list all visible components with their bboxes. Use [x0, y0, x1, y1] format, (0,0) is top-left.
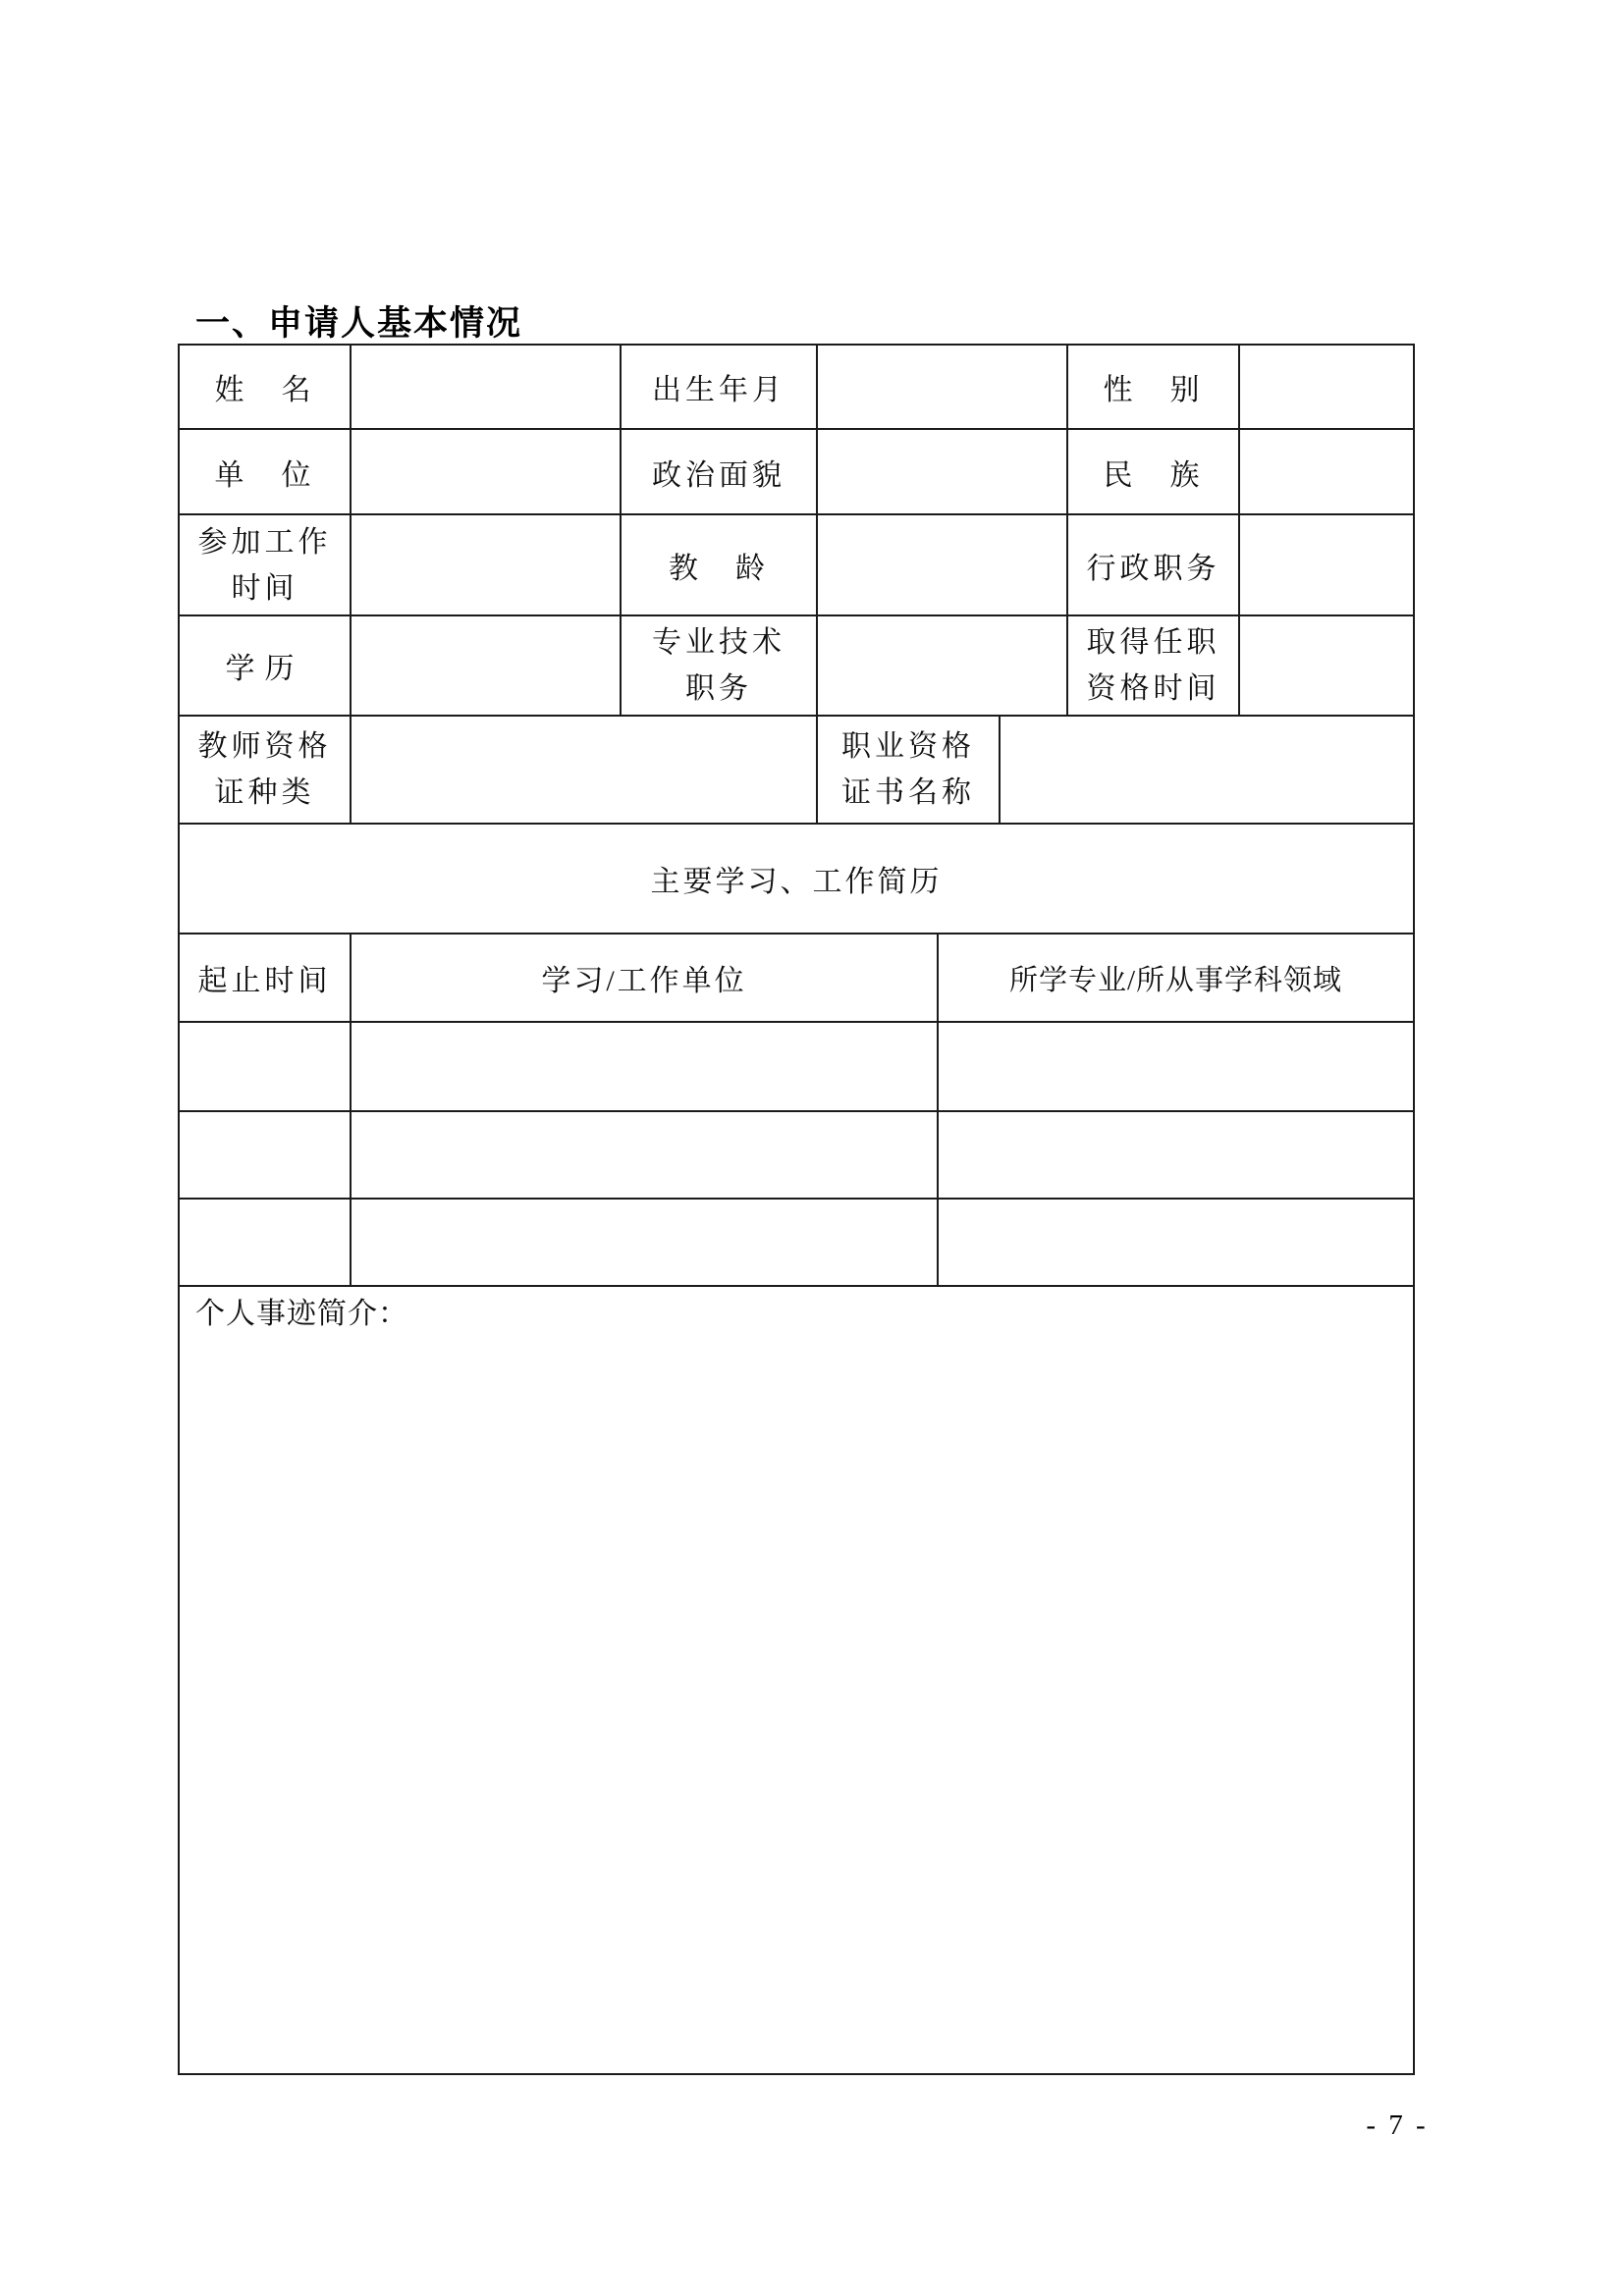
name-value-cell: [352, 346, 622, 430]
applicant-info-table: 姓 名 出生年月 性 别 单 位 政治面貌 民 族 参加工作 时间 教 龄 行政…: [178, 344, 1415, 2075]
history-row-2-major-cell: [939, 1112, 1413, 1200]
ethnicity-label-cell: 民 族: [1068, 430, 1240, 515]
qual-time-label-cell: 取得任职 资格时间: [1068, 616, 1240, 717]
unit-label-cell: 单 位: [180, 430, 352, 515]
history-row-3-major-cell: [939, 1200, 1413, 1287]
major-col-header: 所学专业/所从事学科领域: [939, 934, 1413, 1023]
vocational-cert-label-cell: 职业资格 证书名称: [818, 717, 1001, 825]
document-page: 一、申请人基本情况 姓 名 出生年月 性 别 单 位 政治面貌 民 族 参加工作…: [0, 0, 1624, 2296]
teaching-age-value-cell: [818, 515, 1068, 616]
org-col-header: 学习/工作单位: [352, 934, 939, 1023]
history-row-1-major-cell: [939, 1023, 1413, 1112]
political-status-value-cell: [818, 430, 1068, 515]
work-start-time-label-cell: 参加工作 时间: [180, 515, 352, 616]
ethnicity-value-cell: [1240, 430, 1413, 515]
bio-cell: 个人事迹简介：: [180, 1287, 1413, 2073]
page-number: - 7 -: [1343, 2109, 1451, 2142]
history-row-1-org-cell: [352, 1023, 939, 1112]
section-title: 一、申请人基本情况: [195, 303, 522, 345]
birth-date-value-cell: [818, 346, 1068, 430]
admin-post-label-cell: 行政职务: [1068, 515, 1240, 616]
prof-title-label-cell: 专业技术 职务: [622, 616, 818, 717]
history-section-header: 主要学习、工作简历: [180, 825, 1413, 934]
education-label-cell: 学历: [180, 616, 352, 717]
history-row-2-period-cell: [180, 1112, 352, 1200]
qual-time-value-cell: [1240, 616, 1413, 717]
admin-post-value-cell: [1240, 515, 1413, 616]
history-row-3-period-cell: [180, 1200, 352, 1287]
teaching-age-label-cell: 教 龄: [622, 515, 818, 616]
birth-date-label-cell: 出生年月: [622, 346, 818, 430]
name-label-cell: 姓 名: [180, 346, 352, 430]
prof-title-value-cell: [818, 616, 1068, 717]
education-value-cell: [352, 616, 622, 717]
unit-value-cell: [352, 430, 622, 515]
vocational-cert-value-cell: [1001, 717, 1413, 825]
history-row-1-period-cell: [180, 1023, 352, 1112]
period-col-header: 起止时间: [180, 934, 352, 1023]
teacher-cert-value-cell: [352, 717, 818, 825]
history-row-2-org-cell: [352, 1112, 939, 1200]
work-start-time-value-cell: [352, 515, 622, 616]
teacher-cert-label-cell: 教师资格 证种类: [180, 717, 352, 825]
gender-label-cell: 性 别: [1068, 346, 1240, 430]
political-status-label-cell: 政治面貌: [622, 430, 818, 515]
history-row-3-org-cell: [352, 1200, 939, 1287]
gender-value-cell: [1240, 346, 1413, 430]
